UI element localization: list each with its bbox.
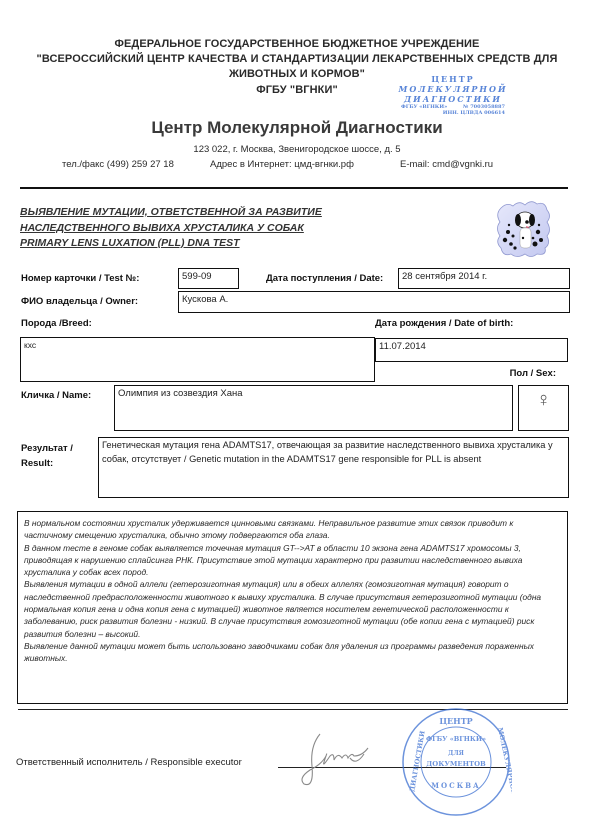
seal-middle-small-text: ДЛЯ — [448, 750, 465, 757]
website-link[interactable]: Адрес в Интернет: цмд-вгнки.рф — [210, 159, 354, 170]
result-label-2: Result: — [21, 458, 53, 469]
header-divider — [20, 187, 568, 189]
email-link[interactable]: E-mail: cmd@vgnki.ru — [400, 159, 493, 170]
description-paragraph-2: В данном тесте в геноме собак выявляется… — [24, 542, 561, 579]
name-field: Олимпия из созвездия Хана — [114, 385, 513, 431]
dob-label: Дата рождения / Date of birth: — [375, 318, 513, 329]
female-icon: ♀ — [518, 385, 569, 431]
test-no-field: 599-09 — [178, 268, 239, 289]
name-label: Кличка / Name: — [21, 390, 91, 401]
breed-field: кхс — [20, 337, 375, 382]
date-field: 28 сентября 2014 г. — [398, 268, 570, 289]
top-stamp-line-3: ДИАГНОСТИКИ — [398, 94, 508, 104]
test-title-line-3: PRIMARY LENS LUXATION (PLL) DNA TEST — [20, 237, 240, 249]
owner-label: ФИО владельца / Owner: — [21, 296, 138, 307]
center-name: Центр Молекулярной Диагностики — [0, 118, 594, 138]
description-paragraph-4: Выявление данной мутации может быть испо… — [24, 640, 561, 665]
top-stamp-line-1: ЦЕНТР — [398, 74, 508, 84]
description-box: В нормальном состоянии хрусталик удержив… — [17, 511, 568, 704]
result-field: Генетическая мутация гена ADAMTS17, отве… — [98, 437, 569, 498]
seal-inner-top-text: ФГБУ «ВГНКИ» — [426, 735, 486, 743]
sex-label: Пол / Sex: — [500, 368, 556, 379]
description-paragraph-1: В нормальном состоянии хрусталик удержив… — [24, 517, 561, 542]
institution-line-2: "ВСЕРОССИЙСКИЙ ЦЕНТР КАЧЕСТВА И СТАНДАРТ… — [0, 53, 594, 65]
test-no-label: Номер карточки / Test №: — [21, 273, 139, 284]
description-paragraph-3: Выявления мутации в одной аллели (гетеро… — [24, 578, 561, 639]
phone: тел./факс (499) 259 27 18 — [62, 159, 174, 170]
top-stamp-line-4a: ФГБУ «ВГНКИ» — [401, 104, 447, 110]
dob-field: 11.07.2014 — [375, 338, 568, 362]
top-stamp-line-2: МОЛЕКУЛЯРНОЙ — [398, 84, 508, 94]
address: 123 022, г. Москва, Звенигородское шоссе… — [0, 144, 594, 155]
test-title-line-2: НАСЛЕДСТВЕННОГО ВЫВИХА ХРУСТАЛИКА У СОБА… — [20, 222, 304, 234]
date-label: Дата поступления / Date: — [266, 273, 383, 284]
institution-line-1: ФЕДЕРАЛЬНОЕ ГОСУДАРСТВЕННОЕ БЮДЖЕТНОЕ УЧ… — [0, 38, 594, 50]
executor-label: Ответственный исполнитель / Responsible … — [16, 757, 242, 768]
breed-label: Порода /Breed: — [21, 318, 92, 329]
seal-left-text: ДИАГНОСТИКИ — [408, 730, 427, 792]
seal-middle-text: ДОКУМЕНТОВ — [426, 760, 486, 768]
dalmatian-dog-icon — [493, 198, 553, 260]
round-seal-stamp: ЦЕНТР ФГБУ «ВГНКИ» ДЛЯ ДОКУМЕНТОВ МОСКВА… — [400, 706, 512, 818]
seal-top-text: ЦЕНТР — [439, 716, 472, 726]
seal-bottom-text: МОСКВА — [431, 781, 480, 790]
test-title-line-1: ВЫЯВЛЕНИЕ МУТАЦИИ, ОТВЕТСТВЕННОЙ ЗА РАЗВ… — [20, 206, 322, 218]
owner-field: Кускова А. — [178, 291, 570, 313]
signature-mark — [290, 726, 385, 796]
result-label-1: Результат / — [21, 443, 73, 454]
top-stamp-line-5: ИНН. ЦЛВДА 006614 — [398, 110, 508, 116]
